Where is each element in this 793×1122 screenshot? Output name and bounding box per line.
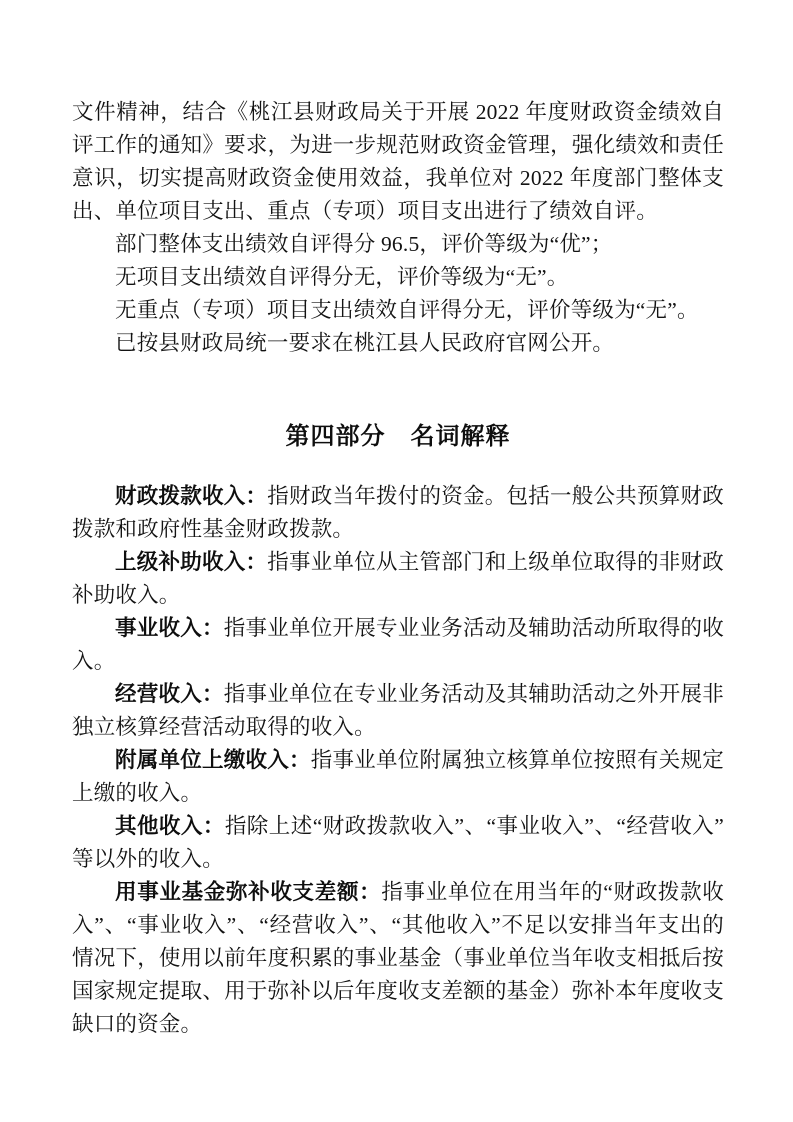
definition-term: 上级补助收入： <box>115 550 267 574</box>
definition-paragraph-superior-subsidy: 上级补助收入：指事业单位从主管部门和上级单位取得的非财政补助收入。 <box>72 546 724 612</box>
intro-paragraph: 文件精神，结合《桃江县财政局关于开展 2022 年度财政资金绩效自评工作的通知》… <box>72 96 724 228</box>
definition-term: 用事业基金弥补收支差额： <box>115 880 381 904</box>
definition-term: 事业收入： <box>115 616 224 640</box>
definition-paragraph-operating-income: 经营收入：指事业单位在专业业务活动及其辅助活动之外开展非独立核算经营活动取得的收… <box>72 678 724 744</box>
definition-paragraph-career-fund: 用事业基金弥补收支差额：指事业单位在用当年的“财政拨款收入”、“事业收入”、“经… <box>72 876 724 1041</box>
definition-paragraph-affiliated-unit-income: 附属单位上缴收入：指事业单位附属独立核算单位按照有关规定上缴的收入。 <box>72 744 724 810</box>
definition-term: 附属单位上缴收入： <box>115 748 311 772</box>
definition-term: 财政拨款收入： <box>115 484 267 508</box>
definition-paragraph-business-income: 事业收入：指事业单位开展专业业务活动及辅助活动所取得的收入。 <box>72 612 724 678</box>
section-heading: 第四部分 名词解释 <box>72 419 724 455</box>
statement-key-project-score: 无重点（专项）项目支出绩效自评得分无，评价等级为“无”。 <box>72 294 724 327</box>
statement-publication: 已按县财政局统一要求在桃江县人民政府官网公开。 <box>72 327 724 360</box>
document-content: 文件精神，结合《桃江县财政局关于开展 2022 年度财政资金绩效自评工作的通知》… <box>72 96 724 1041</box>
definition-paragraph-other-income: 其他收入：指除上述“财政拨款收入”、“事业收入”、“经营收入”等以外的收入。 <box>72 810 724 876</box>
statement-overall-score: 部门整体支出绩效自评得分 96.5，评价等级为“优”； <box>72 228 724 261</box>
definition-paragraph-fiscal-appropriation: 财政拨款收入：指财政当年拨付的资金。包括一般公共预算财政拨款和政府性基金财政拨款… <box>72 480 724 546</box>
definition-term: 其他收入： <box>115 814 225 838</box>
document-page: 文件精神，结合《桃江县财政局关于开展 2022 年度财政资金绩效自评工作的通知》… <box>0 0 793 1122</box>
statement-project-score: 无项目支出绩效自评得分无，评价等级为“无”。 <box>72 261 724 294</box>
definition-term: 经营收入： <box>115 682 224 706</box>
